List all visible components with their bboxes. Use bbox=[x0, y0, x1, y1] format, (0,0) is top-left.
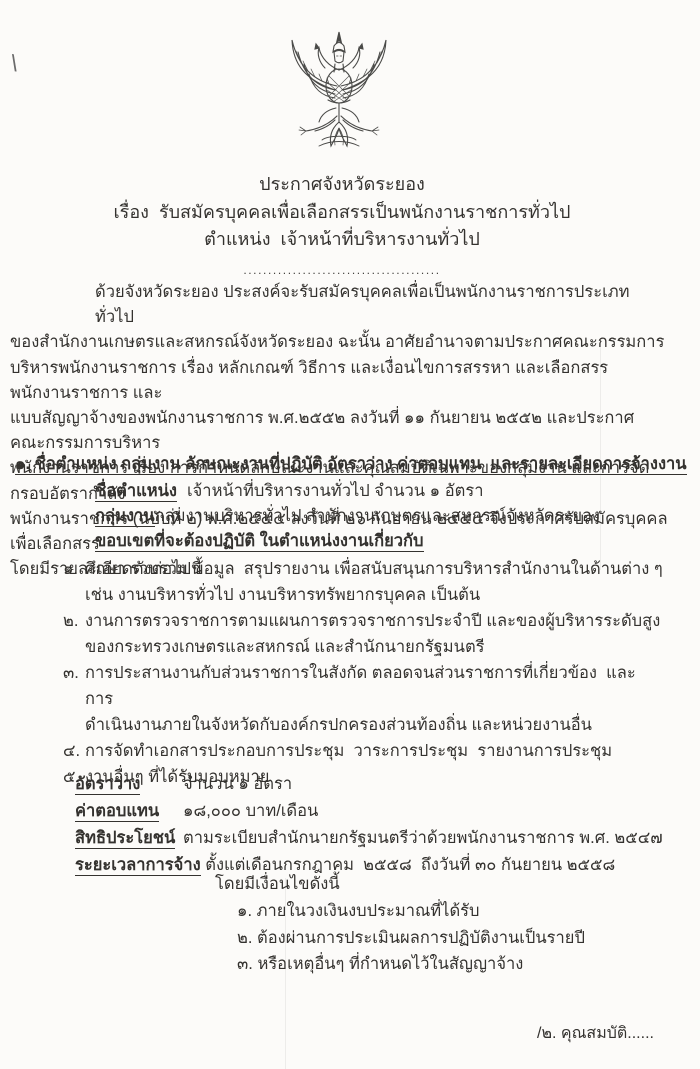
intro-line: ของสำนักงานเกษตรและสหกรณ์จังหวัดระยอง ฉะ… bbox=[10, 330, 668, 355]
intro-line: บริหารพนักงานราชการ เรื่อง หลักเกณฑ์ วิธ… bbox=[10, 356, 668, 406]
scan-artifact-line bbox=[285, 878, 286, 1069]
position-value: เจ้าหน้าที่บริหารงานทั่วไป จำนวน ๑ อัตรา bbox=[187, 482, 483, 500]
scanned-document-page: \ bbox=[0, 0, 700, 1069]
duty-number: ๔. bbox=[63, 738, 85, 764]
duty-line: ของกระทรวงเกษตรและสหกรณ์ และสำนักนายกรัฐ… bbox=[85, 634, 663, 660]
position-row: ชื่อตำแหน่งเจ้าหน้าที่บริหารงานทั่วไป จำ… bbox=[95, 478, 483, 504]
intro-line: ด้วยจังหวัดระยอง ประสงค์จะรับสมัครบุคคลเ… bbox=[10, 280, 668, 330]
detail-label-cell: อัตราว่าง bbox=[75, 771, 183, 798]
detail-row: ระยะเวลาการจ้าง ตั้งแต่เดือนกรกฎาคม ๒๕๕๘… bbox=[75, 852, 663, 879]
position-label: ชื่อตำแหน่ง bbox=[95, 482, 177, 502]
duty-number: ๓. bbox=[63, 660, 85, 738]
duty-text: การประสานงานกับส่วนราชการในสังกัด ตลอดจน… bbox=[85, 660, 663, 738]
detail-label-cell: สิทธิประโยชน์ bbox=[75, 825, 183, 852]
details-list: อัตราว่างจำนวน ๑ อัตรา ค่าตอบแทน๑๘,๐๐๐ บ… bbox=[75, 771, 663, 879]
condition-item: ๓. หรือเหตุอื่นๆ ที่กำหนดไว้ในสัญญาจ้าง bbox=[237, 951, 585, 978]
conditions-heading: โดยมีเงื่อนไขดังนี้ bbox=[215, 871, 340, 897]
detail-value: ตามระเบียบสำนักนายกรัฐมนตรีว่าด้วยพนักงา… bbox=[183, 825, 663, 852]
detail-label-cell: ระยะเวลาการจ้าง bbox=[75, 852, 201, 879]
continuation-note: /๒. คุณสมบัติ...... bbox=[537, 1021, 654, 1046]
conditions-list: ๑. ภายในวงเงินงบประมาณที่ได้รับ ๒. ต้องผ… bbox=[237, 898, 585, 978]
group-label: กลุ่มงาน bbox=[95, 507, 155, 527]
duty-item: ๒. งานการตรวจราชการตามแผนการตรวจราชการปร… bbox=[63, 608, 663, 660]
document-header: ประกาศจังหวัดระยอง เรื่อง รับสมัครบุคคลเ… bbox=[0, 171, 684, 284]
duty-line: เช่น งานบริหารทั่วไป งานบริหารทรัพยากรบุ… bbox=[85, 582, 663, 608]
detail-row: ค่าตอบแทน๑๘,๐๐๐ บาท/เดือน bbox=[75, 798, 663, 825]
scope-heading: ขอบเขตที่จะต้องปฏิบัติ ในตำแหน่งงานเกี่ย… bbox=[95, 532, 424, 552]
duty-line: การประสานงานกับส่วนราชการในสังกัด ตลอดจน… bbox=[85, 660, 663, 712]
detail-label-cell: ค่าตอบแทน bbox=[75, 798, 183, 825]
detail-label: สิทธิประโยชน์ bbox=[75, 829, 175, 849]
position-label-cell: ชื่อตำแหน่ง bbox=[95, 478, 187, 504]
group-value: กลุ่มงานบริหารทั่วไป สำนักงานเกษตรและสหก… bbox=[155, 507, 600, 525]
scope-heading-row: ขอบเขตที่จะต้องปฏิบัติ ในตำแหน่งงานเกี่ย… bbox=[95, 528, 424, 554]
detail-value: จำนวน ๑ อัตรา bbox=[183, 771, 292, 798]
duty-line: ศึกษา รวบรวม ข้อมูล สรุปรายงาน เพื่อสนับ… bbox=[85, 556, 663, 582]
section1-heading: ๑. ชื่อตำแหน่ง กลุ่มงาน ลักษณะงานที่ปฏิบ… bbox=[15, 451, 687, 477]
garuda-emblem-icon bbox=[279, 30, 399, 162]
duty-item: ๓. การประสานงานกับส่วนราชการในสังกัด ตลอ… bbox=[63, 660, 663, 738]
duty-text: การจัดทำเอกสารประกอบการประชุม วาระการประ… bbox=[85, 738, 663, 764]
detail-row: อัตราว่างจำนวน ๑ อัตรา bbox=[75, 771, 663, 798]
section1-heading-text: ๑. ชื่อตำแหน่ง กลุ่มงาน ลักษณะงานที่ปฏิบ… bbox=[15, 455, 687, 475]
subject-line: เรื่อง รับสมัครบุคคลเพื่อเลือกสรรเป็นพนั… bbox=[0, 199, 684, 227]
duty-line: งานการตรวจราชการตามแผนการตรวจราชการประจำ… bbox=[85, 608, 663, 634]
duty-item: ๑. ศึกษา รวบรวม ข้อมูล สรุปรายงาน เพื่อส… bbox=[63, 556, 663, 608]
detail-row: สิทธิประโยชน์ตามระเบียบสำนักนายกรัฐมนตรี… bbox=[75, 825, 663, 852]
group-row: กลุ่มงานกลุ่มงานบริหารทั่วไป สำนักงานเกษ… bbox=[95, 503, 600, 529]
detail-label: อัตราว่าง bbox=[75, 775, 140, 795]
detail-value: ๑๘,๐๐๐ บาท/เดือน bbox=[183, 798, 318, 825]
condition-item: ๑. ภายในวงเงินงบประมาณที่ได้รับ bbox=[237, 898, 585, 925]
scan-artifact-line bbox=[600, 340, 601, 570]
stray-pen-mark: \ bbox=[10, 50, 19, 78]
condition-item: ๒. ต้องผ่านการประเมินผลการปฏิบัติงานเป็น… bbox=[237, 925, 585, 952]
duty-text: ศึกษา รวบรวม ข้อมูล สรุปรายงาน เพื่อสนับ… bbox=[85, 556, 663, 608]
intro-line: แบบสัญญาจ้างของพนักงานราชการ พ.ศ.๒๕๕๒ ลง… bbox=[10, 406, 668, 456]
duty-number: ๑. bbox=[63, 556, 85, 608]
document-title: ประกาศจังหวัดระยอง bbox=[0, 171, 684, 199]
duty-item: ๔. การจัดทำเอกสารประกอบการประชุม วาระการ… bbox=[63, 738, 663, 764]
duty-number: ๒. bbox=[63, 608, 85, 660]
duty-line: การจัดทำเอกสารประกอบการประชุม วาระการประ… bbox=[85, 738, 663, 764]
position-line: ตำแหน่ง เจ้าหน้าที่บริหารงานทั่วไป bbox=[0, 226, 684, 254]
duty-text: งานการตรวจราชการตามแผนการตรวจราชการประจำ… bbox=[85, 608, 663, 660]
duty-line: ดำเนินงานภายในจังหวัดกับองค์กรปกครองส่วน… bbox=[85, 712, 663, 738]
duties-list: ๑. ศึกษา รวบรวม ข้อมูล สรุปรายงาน เพื่อส… bbox=[63, 556, 663, 790]
detail-label: ระยะเวลาการจ้าง bbox=[75, 856, 201, 876]
detail-label: ค่าตอบแทน bbox=[75, 802, 159, 822]
